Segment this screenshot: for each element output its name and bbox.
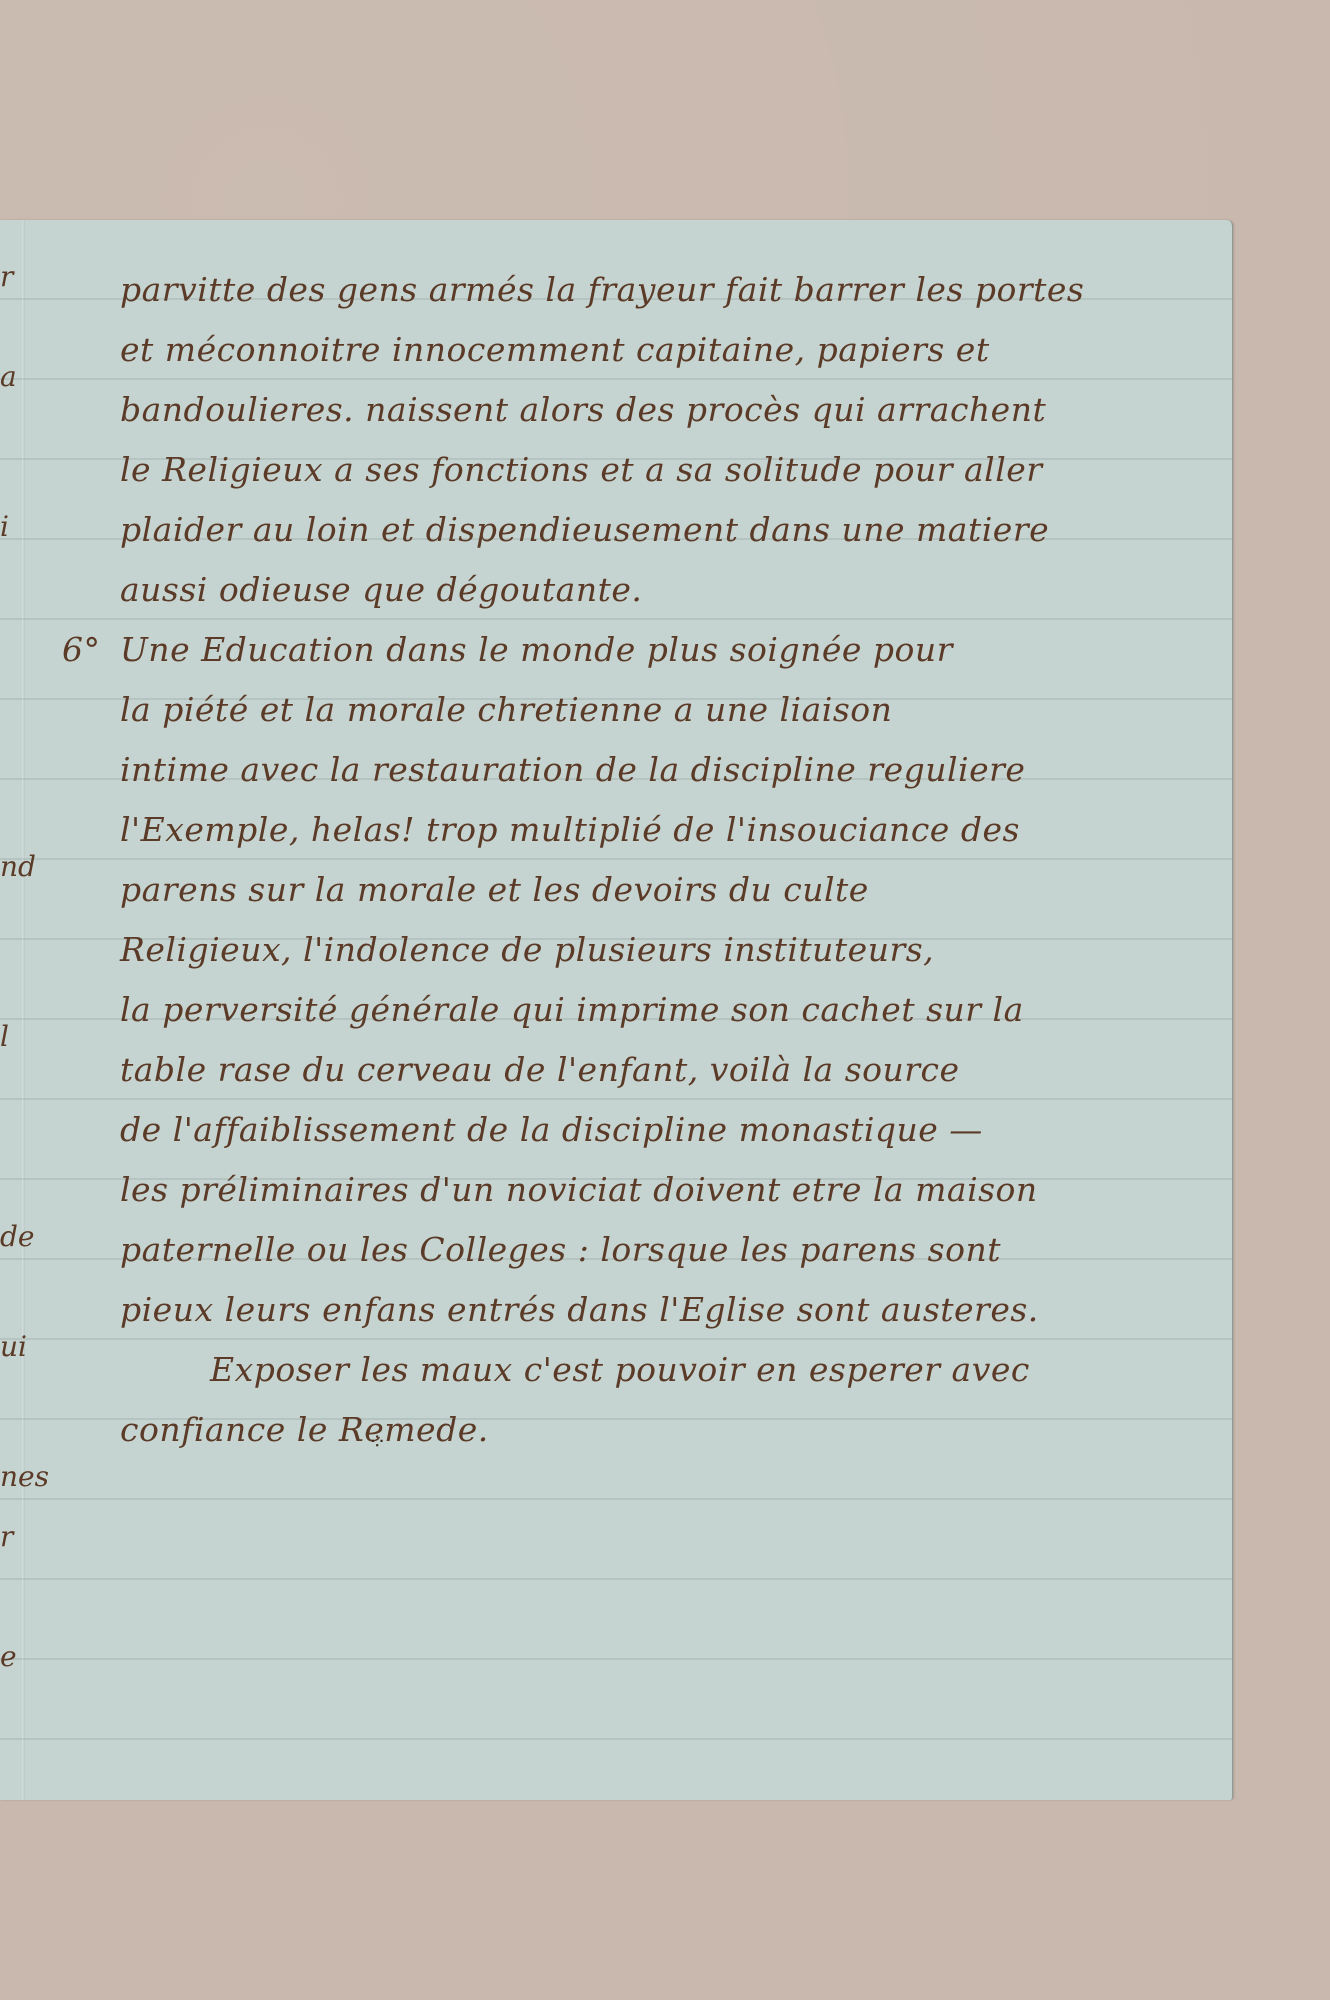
margin-fragment: i [0, 510, 9, 543]
text-line: de l'affaiblissement de la discipline mo… [120, 1100, 1230, 1160]
text-line: table rase du cerveau de l'enfant, voilà… [120, 1040, 1230, 1100]
margin-fragment: l [0, 1020, 9, 1053]
text-line: la piété et la morale chretienne a une l… [120, 680, 1230, 740]
previous-page-fragments: r a i nd l de ui nes r e [0, 220, 80, 1800]
margin-fragment: ui [0, 1330, 27, 1363]
margin-fragment: nes [0, 1460, 49, 1493]
text-line: intime avec la restauration de la discip… [120, 740, 1230, 800]
text-line: plaider au loin et dispendieusement dans… [120, 500, 1230, 560]
text-line: pieux leurs enfans entrés dans l'Eglise … [120, 1280, 1230, 1340]
text-line: Religieux, l'indolence de plusieurs inst… [120, 920, 1230, 980]
text-line-content: Une Education dans le monde plus soignée… [120, 630, 953, 669]
text-line: et méconnoitre innocemment capitaine, pa… [120, 320, 1230, 380]
margin-fragment: r [0, 1520, 13, 1553]
text-line: parvitte des gens armés la frayeur fait … [120, 260, 1230, 320]
text-line-indented: Exposer les maux c'est pouvoir en espere… [120, 1340, 1230, 1400]
margin-fragment: r [0, 260, 13, 293]
text-line: les préliminaires d'un noviciat doivent … [120, 1160, 1230, 1220]
text-line: bandoulieres. naissent alors des procès … [120, 380, 1230, 440]
handwritten-text-block: parvitte des gens armés la frayeur fait … [120, 260, 1230, 1460]
text-line: paternelle ou les Colleges : lorsque les… [120, 1220, 1230, 1280]
text-line: le Religieux a ses fonctions et a sa sol… [120, 440, 1230, 500]
ink-speck: ⁘ [368, 1430, 386, 1455]
text-line: confiance le Remede. [120, 1400, 1230, 1460]
text-line: l'Exemple, helas! trop multiplié de l'in… [120, 800, 1230, 860]
margin-fragment: de [0, 1220, 35, 1253]
text-line-item-6: 6° Une Education dans le monde plus soig… [120, 620, 1230, 680]
text-line: la perversité générale qui imprime son c… [120, 980, 1230, 1040]
margin-fragment: a [0, 360, 17, 393]
text-line: aussi odieuse que dégoutante. [120, 560, 1230, 620]
margin-fragment: e [0, 1640, 17, 1673]
item-number: 6° [62, 620, 101, 680]
margin-fragment: nd [0, 850, 36, 883]
text-line: parens sur la morale et les devoirs du c… [120, 860, 1230, 920]
